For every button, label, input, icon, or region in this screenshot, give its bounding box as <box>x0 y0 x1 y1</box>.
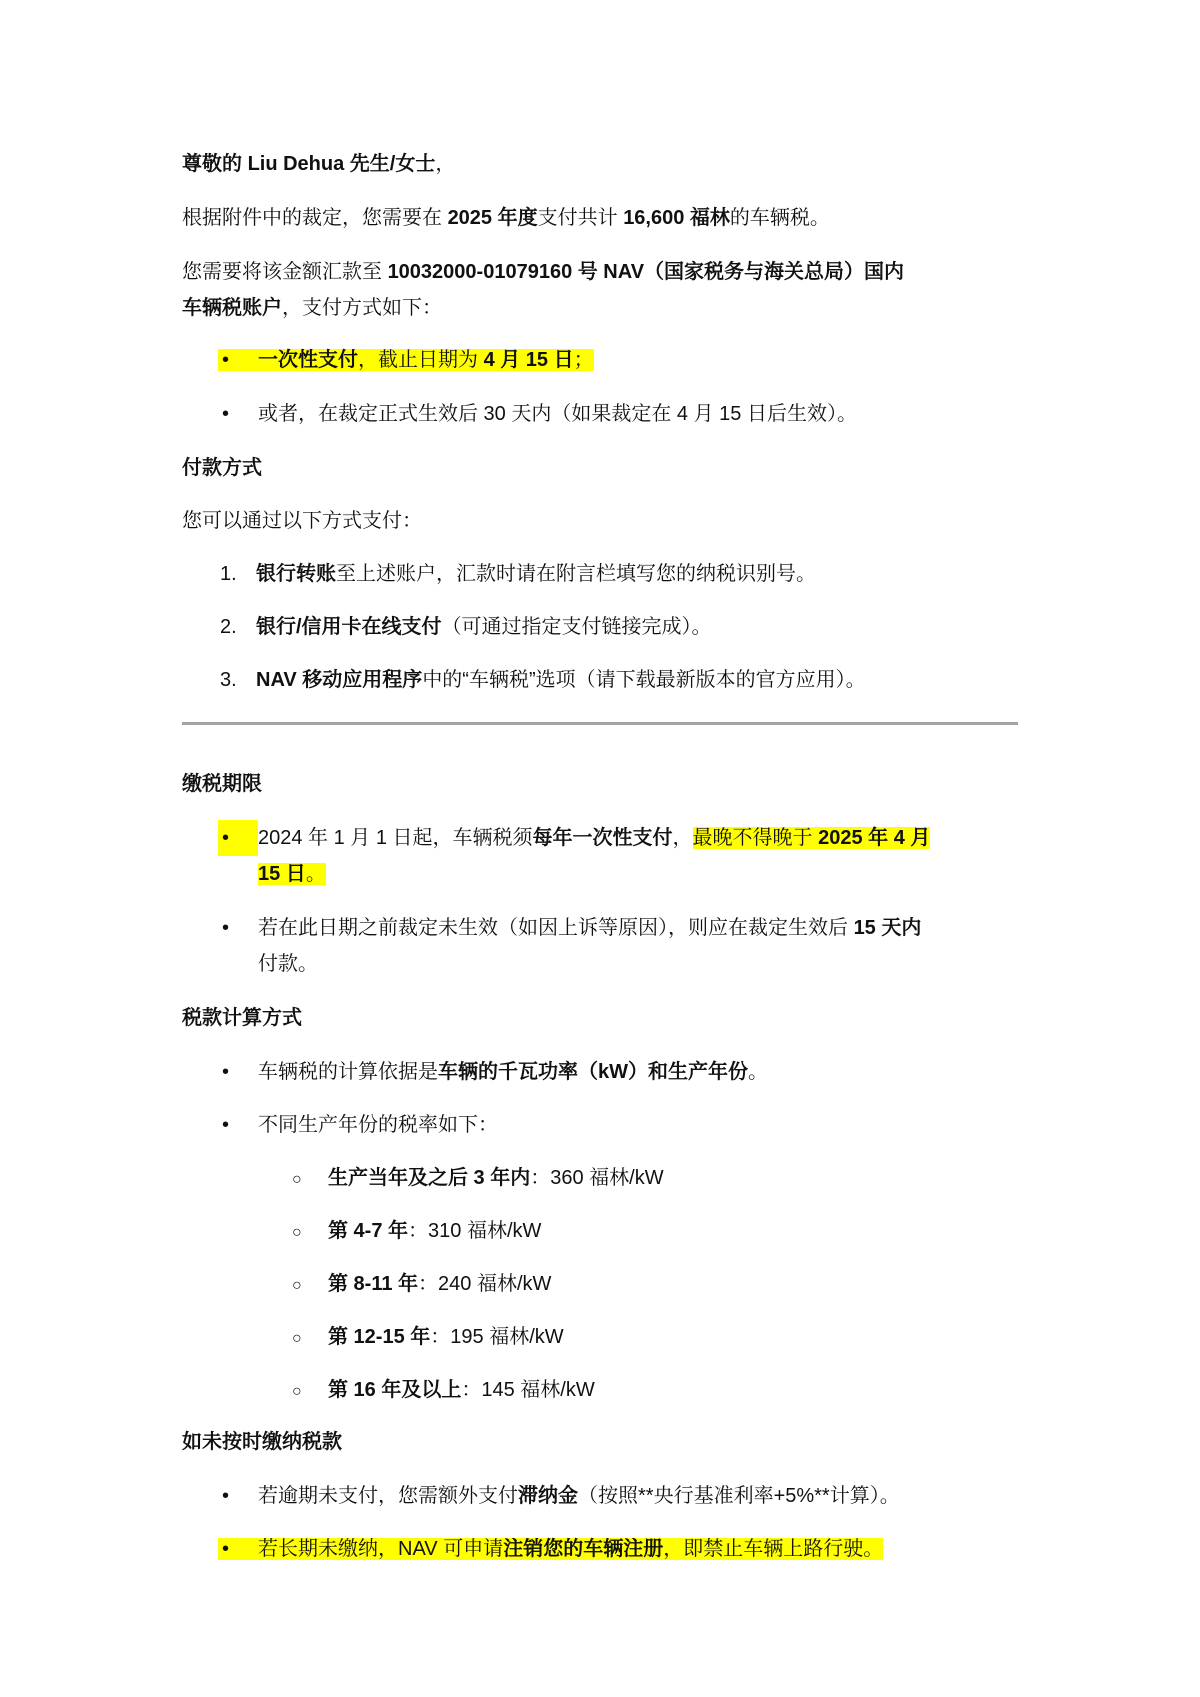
deadline-date: 4 月 15 日 <box>484 349 574 371</box>
bullet-icon: • <box>218 1054 258 1090</box>
text: 滞纳金 <box>518 1485 578 1507</box>
intro-paragraph-2-line-2: 车辆税账户，支付方式如下： <box>182 290 442 326</box>
text: 银行/信用卡在线支付 <box>256 616 442 638</box>
text: ： <box>530 1167 550 1189</box>
text: ，截止日期为 <box>358 349 484 371</box>
text: 支付共计 <box>538 207 624 229</box>
payment-method-item: 2.银行/信用卡在线支付（可通过指定支付链接完成）。 <box>218 609 712 645</box>
account-name: 车辆税账户 <box>182 297 282 319</box>
text: 您需要将该金额汇款至 <box>182 261 388 283</box>
text: NAV 移动应用程序 <box>256 669 422 691</box>
text: 若逾期未支付，您需额外支付 <box>258 1485 518 1507</box>
circle-bullet-icon: ○ <box>292 1268 328 1304</box>
text: 车辆的千瓦功率（kW）和生产年份 <box>438 1061 748 1083</box>
text: ： <box>418 1273 438 1295</box>
text: 若在此日期之前裁定未生效（如因上诉等原因），则应在裁定生效后 <box>258 917 854 939</box>
tax-deadline-item-1-cont: 15 日。 <box>258 856 326 892</box>
rate-value: 145 福林/kW <box>481 1379 594 1401</box>
text: 或者，在裁定正式生效后 30 天内（如果裁定在 4 月 15 日后生效）。 <box>258 403 857 425</box>
text: ，支付方式如下： <box>282 297 442 319</box>
calculation-item-1: •车辆税的计算依据是车辆的千瓦功率（kW）和生产年份。 <box>218 1054 768 1090</box>
heading: 如未按时缴纳税款 <box>182 1431 342 1453</box>
text: ， <box>673 827 693 849</box>
rate-item: ○第 12-15 年：195 福林/kW <box>292 1319 564 1357</box>
text: 中的“车辆税”选项（请下载最新版本的官方应用）。 <box>422 669 865 691</box>
intro-paragraph-1: 根据附件中的裁定，您需要在 2025 年度支付共计 16,600 福林的车辆税。 <box>182 200 830 236</box>
late-payment-item-2: •若长期未缴纳，NAV 可申请注销您的车辆注册，即禁止车辆上路行驶。 <box>218 1531 883 1567</box>
heading: 付款方式 <box>182 457 262 479</box>
recipient-name: Liu Dehua <box>248 153 345 175</box>
circle-bullet-icon: ○ <box>292 1321 328 1357</box>
rate-label: 第 4-7 年 <box>328 1220 408 1242</box>
horizontal-divider <box>182 722 1018 725</box>
bullet-icon: • <box>218 820 258 856</box>
tax-deadline-item-2: •若在此日期之前裁定未生效（如因上诉等原因），则应在裁定生效后 15 天内 <box>218 910 921 946</box>
section-heading-calculation: 税款计算方式 <box>182 1000 302 1036</box>
section-heading-late-payment: 如未按时缴纳税款 <box>182 1424 342 1460</box>
rate-value: 195 福林/kW <box>450 1326 563 1348</box>
text: 付款。 <box>258 953 318 975</box>
text: ： <box>430 1326 450 1348</box>
highlight: •若长期未缴纳，NAV 可申请注销您的车辆注册，即禁止车辆上路行驶。 <box>218 1538 883 1560</box>
bullet-icon: • <box>218 1478 258 1514</box>
highlight: 最晚不得晚于 2025 年 4 月 <box>693 827 931 849</box>
greeting-punct: ， <box>435 153 455 175</box>
text: 。 <box>306 863 326 885</box>
rate-item: ○第 4-7 年：310 福林/kW <box>292 1213 541 1251</box>
text: 您可以通过以下方式支付： <box>182 510 422 532</box>
text: ： <box>461 1379 481 1401</box>
text: 。 <box>748 1061 768 1083</box>
deadline-date: 15 日 <box>258 863 306 885</box>
bullet-icon: • <box>218 1531 258 1567</box>
tax-year: 2025 年度 <box>448 207 538 229</box>
heading: 税款计算方式 <box>182 1007 302 1029</box>
payment-method-item: 1.银行转账至上述账户，汇款时请在附言栏填写您的纳税识别号。 <box>218 556 816 592</box>
highlight: 15 日。 <box>258 863 326 885</box>
late-payment-item-1: •若逾期未支付，您需额外支付滞纳金（按照**央行基准利率+5%**计算）。 <box>218 1478 900 1514</box>
text: 每年一次性支付 <box>533 827 673 849</box>
greeting: 尊敬的 Liu Dehua 先生/女士， <box>182 146 455 182</box>
circle-bullet-icon: ○ <box>292 1374 328 1410</box>
rate-item: ○生产当年及之后 3 年内：360 福林/kW <box>292 1160 664 1198</box>
greeting-prefix: 尊敬的 <box>182 153 248 175</box>
deadline-date: 2025 年 4 月 <box>818 827 930 849</box>
text: （可通过指定支付链接完成）。 <box>442 616 712 638</box>
intro-paragraph-2-line-1: 您需要将该金额汇款至 10032000-01079160 号 NAV（国家税务与… <box>182 254 904 290</box>
text: ，即禁止车辆上路行驶。 <box>663 1538 883 1560</box>
bullet-icon: • <box>218 342 258 378</box>
highlight: •一次性支付，截止日期为 4 月 15 日； <box>218 349 594 371</box>
text: 注销您的车辆注册 <box>503 1538 663 1560</box>
text: （按照**央行基准利率+5%**计算）。 <box>578 1485 900 1507</box>
rate-item: ○第 16 年及以上：145 福林/kW <box>292 1372 595 1410</box>
circle-bullet-icon: ○ <box>292 1162 328 1198</box>
rate-label: 第 16 年及以上 <box>328 1379 461 1401</box>
list-number: 2. <box>218 609 256 645</box>
section-heading-tax-deadline: 缴税期限 <box>182 766 262 802</box>
text: ； <box>574 349 594 371</box>
rate-label: 生产当年及之后 3 年内 <box>328 1167 530 1189</box>
bullet-icon: • <box>218 910 258 946</box>
rate-label: 第 8-11 年 <box>328 1273 418 1295</box>
rate-value: 310 福林/kW <box>428 1220 541 1242</box>
greeting-suffix: 先生/女士 <box>344 153 435 175</box>
text: 根据附件中的裁定，您需要在 <box>182 207 448 229</box>
deadline-option-1: •一次性支付，截止日期为 4 月 15 日； <box>218 342 594 378</box>
deadline-option-2: •或者，在裁定正式生效后 30 天内（如果裁定在 4 月 15 日后生效）。 <box>218 396 857 432</box>
calculation-item-2: •不同生产年份的税率如下： <box>218 1107 498 1143</box>
rate-value: 360 福林/kW <box>550 1167 663 1189</box>
tax-deadline-item-1: •2024 年 1 月 1 日起，车辆税须每年一次性支付，最晚不得晚于 2025… <box>218 820 930 856</box>
list-number: 1. <box>218 556 256 592</box>
bullet-icon: • <box>218 1107 258 1143</box>
section-heading-payment-methods: 付款方式 <box>182 450 262 486</box>
text: 不同生产年份的税率如下： <box>258 1114 498 1136</box>
rate-item: ○第 8-11 年：240 福林/kW <box>292 1266 551 1304</box>
text: 的车辆税。 <box>730 207 830 229</box>
tax-deadline-item-2-cont: 付款。 <box>258 946 318 982</box>
text: 2024 年 1 月 1 日起，车辆税须 <box>258 827 533 849</box>
text: 若长期未缴纳，NAV 可申请 <box>258 1538 503 1560</box>
text: 至上述账户，汇款时请在附言栏填写您的纳税识别号。 <box>336 563 816 585</box>
rate-value: 240 福林/kW <box>438 1273 551 1295</box>
rate-label: 第 12-15 年 <box>328 1326 430 1348</box>
text: ： <box>408 1220 428 1242</box>
text: 一次性支付 <box>258 349 358 371</box>
tax-amount: 16,600 福林 <box>623 207 730 229</box>
text: 银行转账 <box>256 563 336 585</box>
list-number: 3. <box>218 662 256 698</box>
bullet-icon: • <box>218 396 258 432</box>
heading: 缴税期限 <box>182 773 262 795</box>
payment-methods-intro: 您可以通过以下方式支付： <box>182 503 422 539</box>
text: 车辆税的计算依据是 <box>258 1061 438 1083</box>
text: 15 天内 <box>854 917 922 939</box>
account-number: 10032000-01079160 号 NAV（国家税务与海关总局）国内 <box>388 261 904 283</box>
payment-method-item: 3.NAV 移动应用程序中的“车辆税”选项（请下载最新版本的官方应用）。 <box>218 662 866 698</box>
circle-bullet-icon: ○ <box>292 1215 328 1251</box>
text: 最晚不得晚于 <box>693 827 819 849</box>
